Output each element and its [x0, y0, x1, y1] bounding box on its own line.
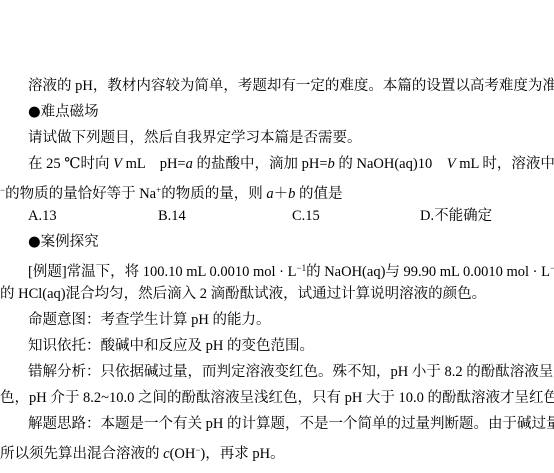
document-body: 溶液的 pH，教材内容较为简单，考题却有一定的难度。本篇的设置以高考难度为准。●…	[0, 0, 554, 463]
text-segment: 所以须先算出混合溶液的	[0, 446, 163, 462]
text-segment: a	[186, 156, 193, 172]
example-line-2: 的 HCl(aq)混合均匀，然后滴入 2 滴酚酞试液，试通过计算说明溶液的颜色。	[0, 281, 554, 307]
text-segment: 溶液的 pH，教材内容较为简单，考题却有一定的难度。本篇的设置以高考难度为准。	[28, 78, 554, 94]
question-line-1: 在 25 ℃时向 V mL pH=a 的盐酸中，滴加 pH=b 的 NaOH(a…	[0, 151, 554, 177]
option-d: D.不能确定	[420, 203, 492, 229]
text-segment: 的物质的量恰好等于 Na	[5, 186, 156, 202]
text-segment: 的物质的量，则	[161, 186, 266, 202]
text-segment: −1	[550, 263, 554, 273]
bullet-icon: ●	[28, 104, 41, 120]
text-segment: 的 HCl(aq)混合均匀，然后滴入 2 滴酚酞试液，试通过计算说明溶液的颜色。	[0, 286, 486, 302]
text-segment: 的盐酸中，滴加 pH=	[193, 156, 328, 172]
example-line-1: [例题]常温下，将 100.10 mL 0.0010 mol · L−1的 Na…	[0, 255, 554, 281]
text-segment: 知识依托：酸碱中和反应及 pH 的变色范围。	[28, 338, 314, 354]
text-segment: 命题意图：考查学生计算 pH 的能力。	[28, 312, 270, 328]
text-segment: 色，pH 介于 8.2~10.0 之间的酚酞溶液呈浅红色，只有 pH 大于 10…	[0, 390, 554, 406]
text-segment: mL 时，溶液中 Cl	[456, 156, 554, 172]
intro-paragraph: 溶液的 pH，教材内容较为简单，考题却有一定的难度。本篇的设置以高考难度为准。	[0, 73, 554, 99]
text-segment: )，再求 pH。	[200, 446, 284, 462]
text-segment: 错解分析：只依据碱过量，而判定溶液变红色。殊不知，pH 小于 8.2 的酚酞溶液…	[28, 364, 554, 380]
text-segment: (OH	[170, 446, 196, 462]
section-heading-case-study: ●案例探究	[0, 229, 554, 255]
text-segment: V	[113, 156, 122, 172]
text-segment: ＋	[274, 186, 289, 202]
section-title: 难点磁场	[41, 104, 99, 120]
text-segment: 的值是	[295, 186, 342, 202]
text-segment: 的 NaOH(aq)10	[335, 156, 447, 172]
solution-line-2: 所以须先算出混合溶液的 c(OH−)，再求 pH。	[0, 437, 554, 463]
text-segment: −1	[297, 263, 307, 273]
section-heading-difficulty: ●难点磁场	[0, 99, 554, 125]
option-a: A.13	[28, 203, 57, 229]
answer-options-row: A.13B.14C.15D.不能确定	[0, 203, 554, 229]
text-segment: a	[266, 186, 273, 202]
error-analysis-line-1: 错解分析：只依据碱过量，而判定溶液变红色。殊不知，pH 小于 8.2 的酚酞溶液…	[0, 359, 554, 385]
intent-paragraph: 命题意图：考查学生计算 pH 的能力。	[0, 307, 554, 333]
knowledge-paragraph: 知识依托：酸碱中和反应及 pH 的变色范围。	[0, 333, 554, 359]
error-analysis-line-2: 色，pH 介于 8.2~10.0 之间的酚酞溶液呈浅红色，只有 pH 大于 10…	[0, 385, 554, 411]
text-segment: 解题思路：本题是一个有关 pH 的计算题，不是一个简单的过量判断题。由于碱过量，	[28, 416, 554, 432]
option-c: C.15	[292, 203, 320, 229]
option-b: B.14	[158, 203, 186, 229]
solution-line-1: 解题思路：本题是一个有关 pH 的计算题，不是一个简单的过量判断题。由于碱过量，	[0, 411, 554, 437]
bullet-icon: ●	[28, 234, 41, 250]
instruction-paragraph: 请试做下列题目，然后自我界定学习本篇是否需要。	[0, 125, 554, 151]
text-segment: mL pH=	[122, 156, 186, 172]
question-line-2: −的物质的量恰好等于 Na+的物质的量，则 a＋b 的值是	[0, 177, 554, 203]
text-segment: 请试做下列题目，然后自我界定学习本篇是否需要。	[28, 130, 362, 146]
text-segment: 的 NaOH(aq)与 99.90 mL 0.0010 mol · L	[306, 264, 550, 280]
text-segment: b	[328, 156, 335, 172]
text-segment: V	[447, 156, 456, 172]
text-segment: 在 25 ℃时向	[28, 156, 113, 172]
text-segment: [例题]常温下，将 100.10 mL 0.0010 mol · L	[28, 264, 297, 280]
section-title: 案例探究	[41, 234, 99, 250]
